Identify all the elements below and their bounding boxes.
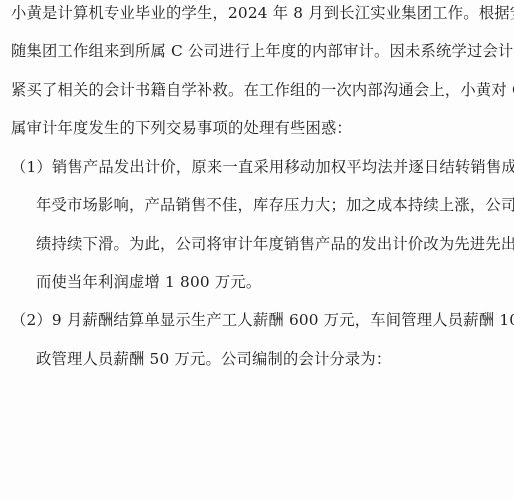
item-2-line-2: 政管理人员薪酬 50 万元。公司编制的会计分录为：	[36, 349, 391, 369]
item-2-line-1: （2）9 月薪酬结算单显示生产工人薪酬 600 万元，车间管理人员薪酬 100 …	[11, 310, 514, 330]
item-1-line-3: 绩持续下滑。为此，公司将审计年度销售产品的发出计价改为先进先出法，从	[36, 234, 514, 254]
item-1-line-2: 年受市场影响，产品销售不佳，库存压力大；加之成本持续上涨，公司经营业	[36, 195, 514, 215]
intro-line-2: 随集团工作组来到所属 C 公司进行上年度的内部审计。因未系统学过会计，小黄赶	[11, 41, 514, 61]
item-1-line-1: （1）销售产品发出计价，原来一直采用移动加权平均法并逐日结转销售成本。近	[11, 157, 514, 177]
item-1-line-4: 而使当年利润虚增 1 800 万元。	[36, 272, 261, 292]
intro-line-1: 小黄是计算机专业毕业的学生，2024 年 8 月到长江实业集团工作。根据安排，小…	[11, 3, 514, 23]
intro-line-3: 紧买了相关的会计书籍自学补救。在工作组的一次内部沟通会上，小黄对 C 公司所	[11, 80, 514, 100]
document-page: 小黄是计算机专业毕业的学生，2024 年 8 月到长江实业集团工作。根据安排，小…	[0, 0, 514, 499]
intro-line-4: 属审计年度发生的下列交易事项的处理有些困惑：	[11, 118, 352, 138]
